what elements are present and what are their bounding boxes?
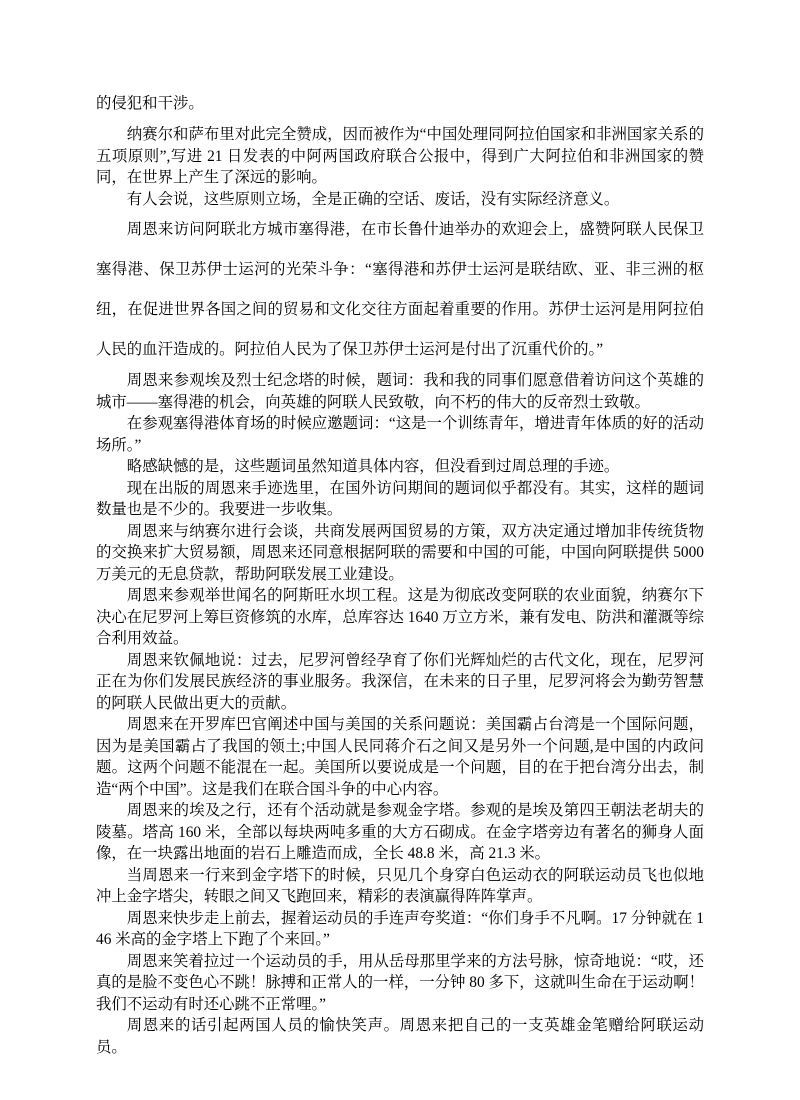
paragraph: 周恩来笑着拉过一个运动员的手，用从岳母那里学来的方法号脉，惊奇地说：“哎，还真的…	[96, 951, 704, 1016]
paragraph: 周恩来参观举世闻名的阿斯旺水坝工程。这是为彻底改变阿联的农业面貌，纳赛尔下决心在…	[96, 585, 704, 650]
paragraph: 略感缺憾的是，这些题词虽然知道具体内容，但没看到过周总理的手迹。	[96, 456, 704, 478]
paragraph: 周恩来在开罗库巴官阐述中国与美国的关系问题说：美国霸占台湾是一个国际问题，因为是…	[96, 714, 704, 800]
paragraph: 现在出版的周恩来手迹选里，在国外访问期间的题词似乎都没有。其实，这样的题词数量也…	[96, 478, 704, 521]
paragraph: 周恩来访问阿联北方城市塞得港，在市长鲁什迪举办的欢迎会上，盛赞阿联人民保卫塞得港…	[96, 210, 704, 370]
paragraph: 周恩来快步走上前去，握着运动员的手连声夸奖道：“你们身手不凡啊。17 分钟就在 …	[96, 908, 704, 951]
paragraph: 在参观塞得港体育场的时候应邀题词：“这是一个训练青年，增进青年体质的好的活动场所…	[96, 413, 704, 456]
document-page: 的侵犯和干涉。 纳赛尔和萨布里对此完全赞成，因而被作为“中国处理同阿拉伯国家和非…	[0, 0, 800, 1100]
paragraph: 当周恩来一行来到金字塔下的时候，只见几个身穿白色运动衣的阿联运动员飞也似地冲上金…	[96, 865, 704, 908]
paragraph: 纳赛尔和萨布里对此完全赞成，因而被作为“中国处理同阿拉伯国家和非洲国家关系的五项…	[96, 124, 704, 189]
paragraph: 周恩来参观埃及烈士纪念塔的时候，题词：我和我的同事们愿意借着访问这个英雄的城市—…	[96, 370, 704, 413]
paragraph: 周恩来的埃及之行，还有个活动就是参观金字塔。参观的是埃及第四王朝法老胡夫的陵墓。…	[96, 800, 704, 865]
paragraph: 周恩来的话引起两国人员的愉快笑声。周恩来把自己的一支英雄金笔赠给阿联运动员。	[96, 1015, 704, 1058]
paragraph: 的侵犯和干涉。	[96, 84, 704, 124]
paragraph: 周恩来与纳赛尔进行会谈，共商发展两国贸易的方策，双方决定通过增加非传统货物的交换…	[96, 521, 704, 586]
paragraph: 有人会说，这些原则立场，全是正确的空话、废话，没有实际经济意义。	[96, 189, 704, 211]
paragraph: 周恩来钦佩地说：过去，尼罗河曾经孕育了你们光辉灿烂的古代文化，现在，尼罗河正在为…	[96, 650, 704, 715]
